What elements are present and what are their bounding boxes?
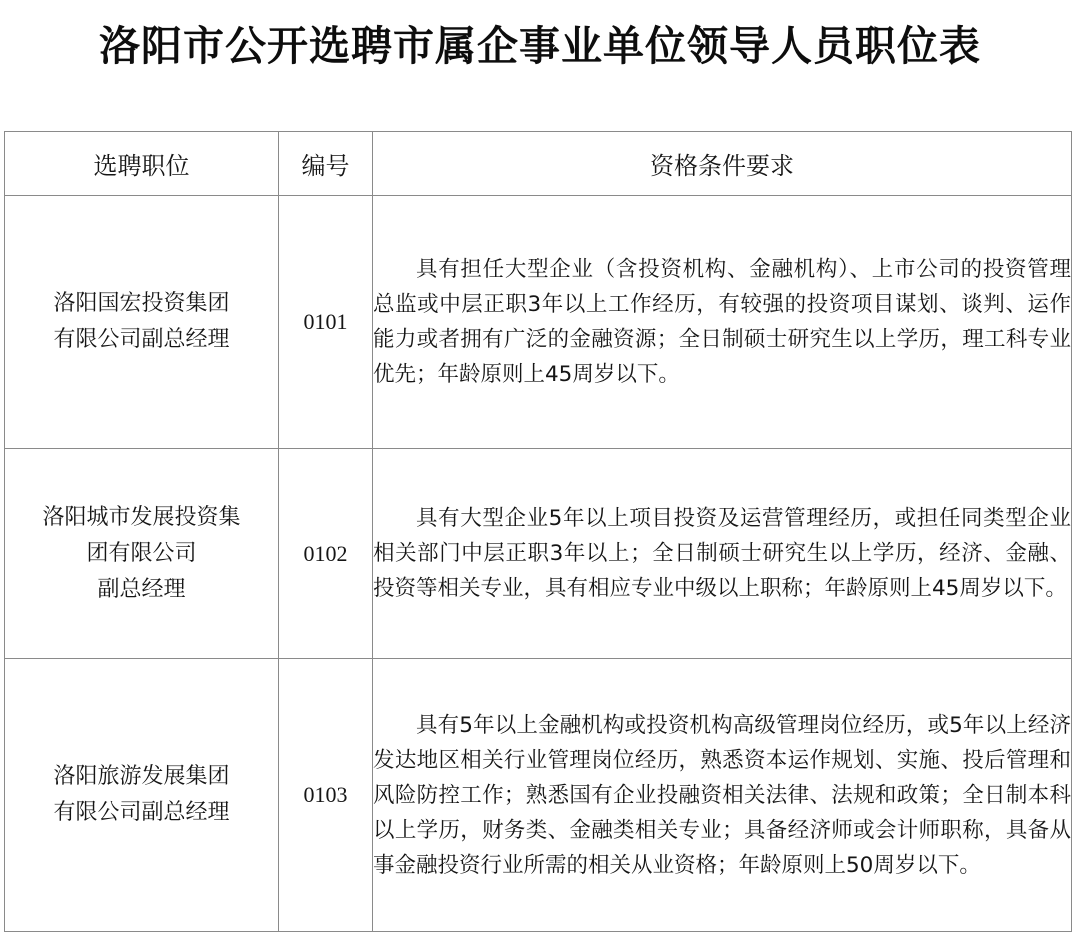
requirements-text: 具有担任大型企业（含投资机构、金融机构）、上市公司的投资管理总监或中层正职3年以… xyxy=(373,252,1071,392)
position-name-line: 有限公司副总经理 xyxy=(5,795,278,831)
position-name-line: 团有限公司 xyxy=(5,536,278,572)
position-code: 0103 xyxy=(279,659,373,932)
table-row: 洛阳国宏投资集团 有限公司副总经理 0101 具有担任大型企业（含投资机构、金融… xyxy=(5,196,1072,449)
position-name-line: 有限公司副总经理 xyxy=(5,322,278,358)
header-position: 选聘职位 xyxy=(5,132,279,196)
position-name-line: 副总经理 xyxy=(5,572,278,608)
requirements-cell: 具有5年以上金融机构或投资机构高级管理岗位经历，或5年以上经济发达地区相关行业管… xyxy=(373,659,1072,932)
requirements-text: 具有5年以上金融机构或投资机构高级管理岗位经历，或5年以上经济发达地区相关行业管… xyxy=(373,708,1071,883)
table-row: 洛阳旅游发展集团 有限公司副总经理 0103 具有5年以上金融机构或投资机构高级… xyxy=(5,659,1072,932)
position-cell: 洛阳旅游发展集团 有限公司副总经理 xyxy=(5,659,279,932)
position-name-line: 洛阳旅游发展集团 xyxy=(5,759,278,795)
position-code: 0102 xyxy=(279,449,373,659)
position-name-line: 洛阳城市发展投资集 xyxy=(5,500,278,536)
table-row: 洛阳城市发展投资集 团有限公司 副总经理 0102 具有大型企业5年以上项目投资… xyxy=(5,449,1072,659)
requirements-cell: 具有担任大型企业（含投资机构、金融机构）、上市公司的投资管理总监或中层正职3年以… xyxy=(373,196,1072,449)
header-requirements: 资格条件要求 xyxy=(373,132,1072,196)
page-title: 洛阳市公开选聘市属企事业单位领导人员职位表 xyxy=(0,18,1080,74)
table-header-row: 选聘职位 编号 资格条件要求 xyxy=(5,132,1072,196)
requirements-text: 具有大型企业5年以上项目投资及运营管理经历，或担任同类型企业相关部门中层正职3年… xyxy=(373,501,1071,606)
position-name-line: 洛阳国宏投资集团 xyxy=(5,286,278,322)
positions-table: 选聘职位 编号 资格条件要求 洛阳国宏投资集团 有限公司副总经理 0101 具有… xyxy=(4,131,1072,932)
header-code: 编号 xyxy=(279,132,373,196)
requirements-cell: 具有大型企业5年以上项目投资及运营管理经历，或担任同类型企业相关部门中层正职3年… xyxy=(373,449,1072,659)
position-code: 0101 xyxy=(279,196,373,449)
position-cell: 洛阳城市发展投资集 团有限公司 副总经理 xyxy=(5,449,279,659)
position-cell: 洛阳国宏投资集团 有限公司副总经理 xyxy=(5,196,279,449)
